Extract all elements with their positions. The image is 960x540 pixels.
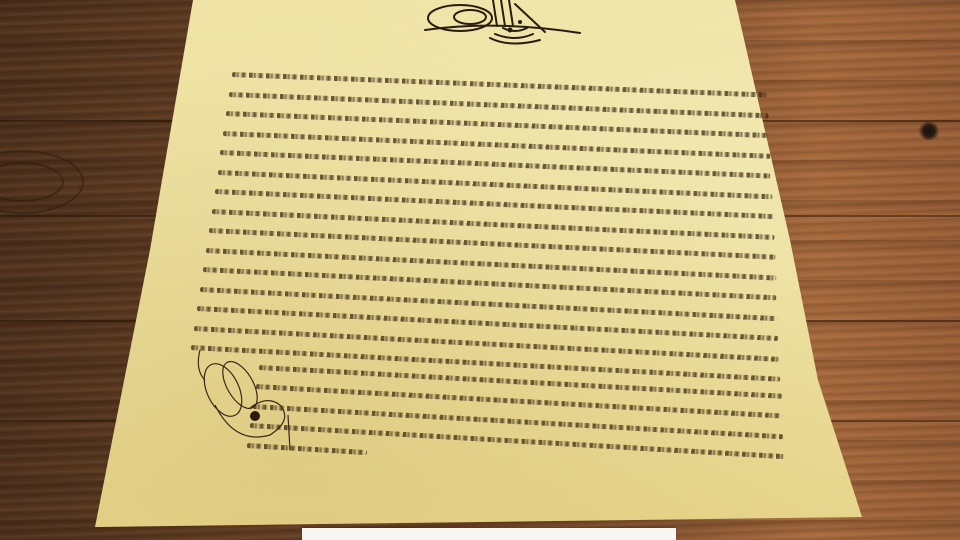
calligraphy-line: [250, 423, 785, 459]
calligraphy-line: [232, 72, 768, 98]
white-label-card: [302, 528, 676, 540]
signature-flourish-icon: [195, 350, 295, 450]
decree-text-body: [0, 0, 960, 540]
